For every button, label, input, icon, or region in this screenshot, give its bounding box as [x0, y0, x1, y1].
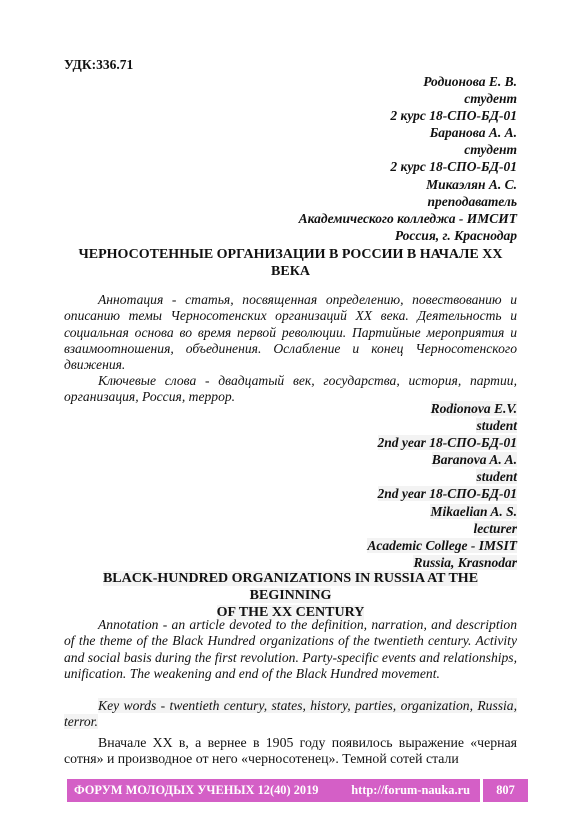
author-line: 2nd year 18-СПО-БД-01	[367, 485, 517, 502]
author-line: student	[367, 468, 517, 485]
author-line: Rodionova E.V.	[367, 400, 517, 417]
author-line: 2nd year 18-СПО-БД-01	[367, 434, 517, 451]
title-line: ЧЕРНОСОТЕННЫЕ ОРГАНИЗАЦИИ В РОССИИ В НАЧ…	[64, 246, 517, 263]
author-text: Rodionova E.V.	[431, 401, 517, 416]
author-text: lecturer	[474, 521, 518, 536]
title-line: ВЕКА	[64, 263, 517, 280]
author-line: 2 курс 18-СПО-БД-01	[299, 158, 517, 175]
author-text: student	[476, 418, 517, 433]
author-line: student	[367, 417, 517, 434]
title-line: BLACK-HUNDRED ORGANIZATIONS IN RUSSIA AT…	[64, 570, 517, 604]
author-text: Baranova A. A.	[432, 452, 517, 467]
body-paragraph: Вначале XX в, а вернее в 1905 году появи…	[64, 735, 517, 768]
journal-website-link[interactable]: http://forum-nauka.ru	[321, 779, 480, 802]
author-line: Академического колледжа - ИМСИТ	[299, 210, 517, 227]
authors-block-en: Rodionova E.V. student 2nd year 18-СПО-Б…	[367, 400, 517, 571]
title-text: BLACK-HUNDRED ORGANIZATIONS IN RUSSIA AT…	[103, 571, 478, 603]
author-text: Academic College - IMSIT	[367, 538, 517, 553]
author-line: Mikaelian A. S.	[367, 503, 517, 520]
author-line: Баранова А. А.	[299, 124, 517, 141]
author-line: Родионова Е. В.	[299, 73, 517, 90]
author-line: Academic College - IMSIT	[367, 537, 517, 554]
author-text: student	[476, 469, 517, 484]
annotation-ru: Аннотация - статья, посвященная определе…	[64, 292, 517, 373]
author-line: lecturer	[367, 520, 517, 537]
udk-code: УДК:336.71	[64, 56, 133, 73]
author-text: Mikaelian A. S.	[430, 504, 517, 519]
keywords-text: Key words - twentieth century, states, h…	[64, 698, 517, 729]
keywords-en: Key words - twentieth century, states, h…	[64, 698, 517, 731]
author-line: Россия, г. Краснодар	[299, 227, 517, 244]
article-title-en: BLACK-HUNDRED ORGANIZATIONS IN RUSSIA AT…	[64, 570, 517, 621]
authors-block-ru: Родионова Е. В. студент 2 курс 18-СПО-БД…	[299, 73, 517, 244]
author-line: преподаватель	[299, 193, 517, 210]
journal-name: ФОРУМ МОЛОДЫХ УЧЕНЫХ 12(40) 2019	[67, 779, 321, 802]
author-text: Russia, Krasnodar	[413, 555, 517, 570]
annotation-en: Annotation - an article devoted to the d…	[64, 617, 517, 682]
author-line: студент	[299, 90, 517, 107]
author-line: Baranova A. A.	[367, 451, 517, 468]
author-line: 2 курс 18-СПО-БД-01	[299, 107, 517, 124]
author-line: Микаэлян А. С.	[299, 176, 517, 193]
author-line: студент	[299, 141, 517, 158]
page-number: 807	[483, 779, 528, 802]
author-text: 2nd year 18-СПО-БД-01	[378, 486, 517, 501]
article-title-ru: ЧЕРНОСОТЕННЫЕ ОРГАНИЗАЦИИ В РОССИИ В НАЧ…	[64, 246, 517, 280]
author-text: 2nd year 18-СПО-БД-01	[378, 435, 517, 450]
author-line: Russia, Krasnodar	[367, 554, 517, 571]
page-footer: ФОРУМ МОЛОДЫХ УЧЕНЫХ 12(40) 2019 http://…	[67, 779, 528, 802]
